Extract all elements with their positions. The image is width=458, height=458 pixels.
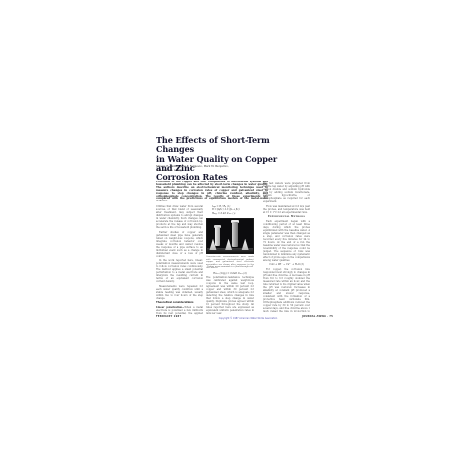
footer-page-number: JOURNAL AWWA · 75 — [295, 315, 333, 318]
article-title: The Effects of Short-Term Changes in Wat… — [156, 136, 286, 182]
author-line-2: and Sarah E. Lowry — [156, 169, 274, 173]
photo-note: Probes were mounted in a flow-through ce… — [206, 266, 254, 269]
footer-copyright: Copyright © 1987 American Water Works As… — [188, 317, 308, 320]
section-header-theory: Theoretical considerations — [156, 301, 203, 304]
scanned-paper-page: The Effects of Short-Term Changes in Wat… — [0, 0, 458, 458]
equation-block: Iₐₚₚ = B / Rₚ (1) B = βₐβᴄ / 2.3 (βₐ + β… — [212, 205, 254, 215]
paragraph: Flow was maintained at 0.6 m/s past the … — [263, 205, 310, 214]
paragraph: For copper, the corrosion rate responded… — [263, 268, 310, 312]
equation-3: CuO + 2H⁺ → Cu²⁺ + H₂O (3) — [263, 263, 310, 266]
probe-electrode-left — [215, 227, 220, 246]
paragraph: The polarization-resistance technique wa… — [206, 276, 254, 314]
section-header-methods: Experimental Methods — [263, 215, 310, 218]
title-line-1: The Effects of Short-Term Changes — [156, 136, 286, 155]
probe-electrode-right — [232, 222, 238, 246]
equation-rate: Rₘₚᵧ = 0.46 Iᴄₒᵣᵣ / ρ — [212, 212, 254, 215]
abstract-intro-paragraph: Corrosion of the copper and zinc compone… — [156, 181, 268, 201]
body-column-3: The test waters were prepared from Seatt… — [263, 182, 310, 312]
paragraph: The test waters were prepared from Seatt… — [263, 182, 310, 203]
paragraph: Utilities that draw water from several s… — [156, 205, 203, 229]
paragraph: Measurements were repeated for each wate… — [156, 285, 203, 300]
paragraph: Earlier studies of copper and galvanized… — [156, 231, 203, 258]
probe-photo — [206, 218, 254, 254]
paragraph: In the work reported here, linear-polari… — [156, 259, 203, 283]
paragraph: Each experiment began with a conditionin… — [263, 220, 310, 262]
equation-2: Rᴄₒᵣᵣ (mpy) = 0.046 Iᴄₒᵣᵣ (2) — [206, 272, 254, 275]
body-column-2: The polarization-resistance technique wa… — [206, 276, 254, 314]
body-column-1: Utilities that draw water from several s… — [156, 205, 203, 315]
author-byline: Steven H. Reiber, John F. Ferguson, Mark… — [156, 165, 274, 172]
